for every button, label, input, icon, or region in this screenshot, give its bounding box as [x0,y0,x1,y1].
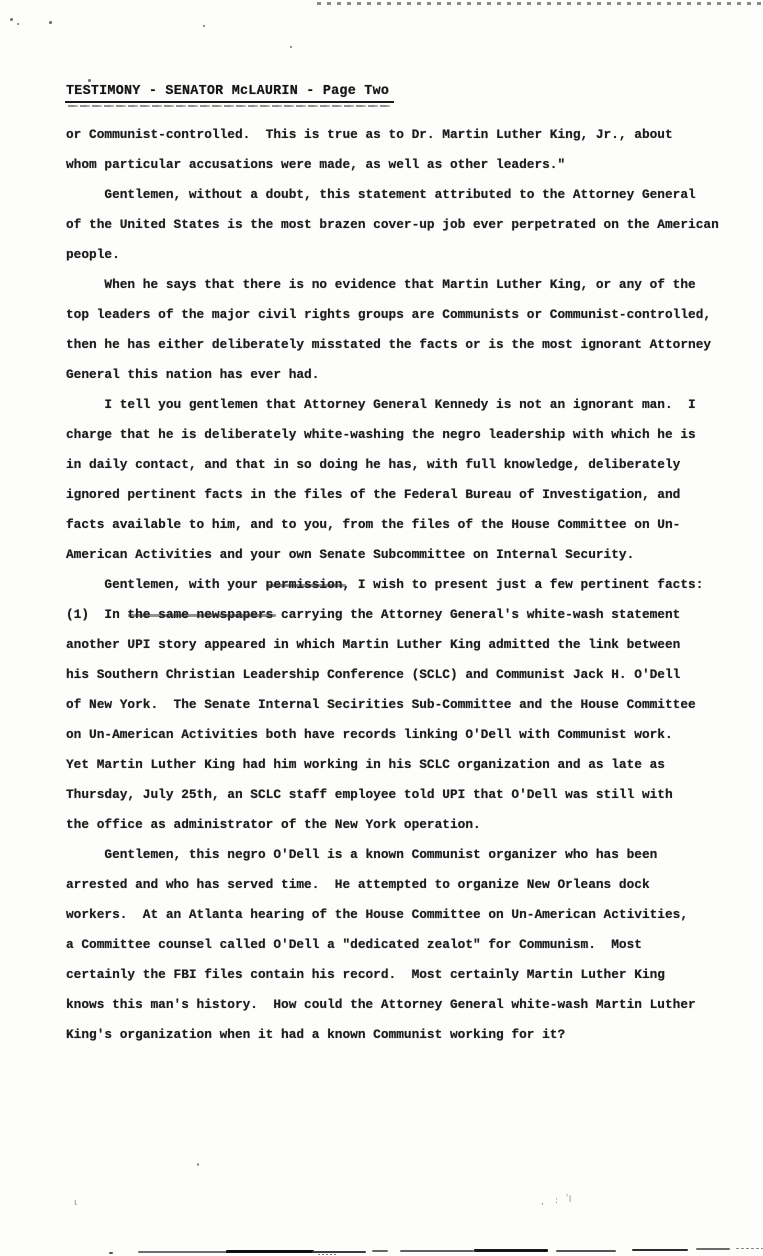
scan-edge-artifact [372,1250,388,1252]
pencil-mark: ʾ׀ [566,1194,571,1204]
overstrike-smudge [266,584,346,587]
scanned-document-page: TESTIMONY - SENATOR McLAURIN - Page Two … [0,0,763,1256]
scan-speck [10,18,13,21]
pencil-mark: : [555,1196,558,1206]
scan-edge-artifact [138,1251,230,1253]
scan-speck [88,79,91,82]
text-line: of New York. The Senate Internal Secirit… [66,690,756,720]
scan-edge-dotted-line [317,2,763,5]
scan-edge-artifact [474,1249,548,1252]
overstrike-smudge [128,614,276,617]
text-line: the office as administrator of the New Y… [66,810,756,840]
text-line: or Communist-controlled. This is true as… [66,120,756,150]
scan-edge-artifact [312,1251,366,1253]
text-line: King's organization when it had a known … [66,1020,756,1050]
pencil-mark: ι [74,1198,77,1208]
scan-edge-artifact [736,1248,763,1250]
text-line: Gentlemen, this negro O'Dell is a known … [66,840,756,870]
text-line: facts available to him, and to you, from… [66,510,756,540]
scan-edge-artifact [109,1252,113,1254]
text-line: Yet Martin Luther King had him working i… [66,750,756,780]
scan-edge-artifact [632,1249,688,1252]
text-line: Gentlemen, with your permission, I wish … [66,570,756,600]
text-line: another UPI story appeared in which Mart… [66,630,756,660]
text-line: a Committee counsel called O'Dell a "ded… [66,930,756,960]
scan-speck [444,520,446,522]
text-line: people. [66,240,756,270]
text-line: I tell you gentlemen that Attorney Gener… [66,390,756,420]
text-line: of the United States is the most brazen … [66,210,756,240]
text-line: workers. At an Atlanta hearing of the Ho… [66,900,756,930]
text-line: arrested and who has served time. He att… [66,870,756,900]
text-line: Gentlemen, without a doubt, this stateme… [66,180,756,210]
text-line: top leaders of the major civil rights gr… [66,300,756,330]
scan-speck [290,46,292,48]
scan-speck [203,25,205,27]
text-line: When he says that there is no evidence t… [66,270,756,300]
text-line: then he has either deliberately misstate… [66,330,756,360]
text-line: ignored pertinent facts in the files of … [66,480,756,510]
header-underline-secondary [68,105,390,107]
scan-edge-artifact [226,1250,314,1254]
scan-speck [197,1163,199,1166]
scan-speck [49,21,52,24]
header-underline [65,101,394,103]
page-title: TESTIMONY - SENATOR McLAURIN - Page Two [66,84,389,99]
text-line: charge that he is deliberately white-was… [66,420,756,450]
text-line: whom particular accusations were made, a… [66,150,756,180]
text-line: certainly the FBI files contain his reco… [66,960,756,990]
scan-speck [17,23,19,25]
text-line: Thursday, July 25th, an SCLC staff emplo… [66,780,756,810]
scan-edge-artifact [400,1250,474,1252]
scan-edge-artifact [696,1248,730,1250]
scan-edge-artifact [318,1254,338,1255]
scan-edge-artifact [556,1250,616,1252]
text-line: American Activities and your own Senate … [66,540,756,570]
text-line: knows this man's history. How could the … [66,990,756,1020]
text-line: his Southern Christian Leadership Confer… [66,660,756,690]
text-line: General this nation has ever had. [66,360,756,390]
text-line: in daily contact, and that in so doing h… [66,450,756,480]
text-line: on Un-American Activities both have reco… [66,720,756,750]
document-body: or Communist-controlled. This is true as… [66,120,756,1050]
pencil-mark: ‚ [541,1197,544,1207]
